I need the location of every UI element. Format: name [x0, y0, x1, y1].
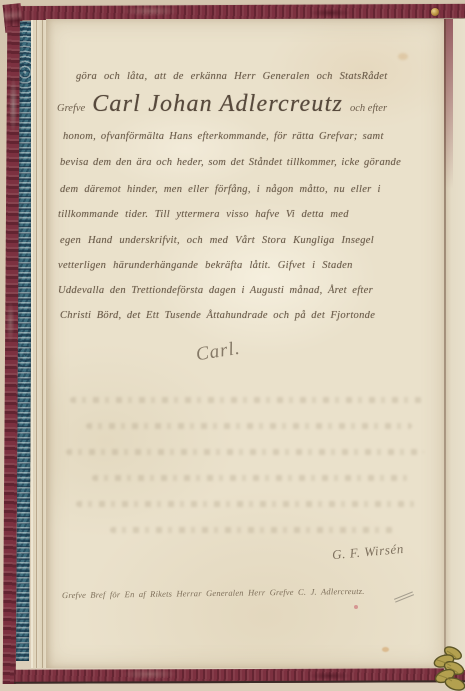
foxing-spot — [398, 53, 408, 60]
manuscript-line: honom, ofvanförmälta Hans efterkommande,… — [63, 131, 384, 142]
binding-top-edge — [16, 4, 465, 20]
countersignature: G. F. Wirsén — [331, 541, 404, 563]
show-through-text — [70, 397, 422, 403]
manuscript-line: vetterligen härunderhängande bekräfta lå… — [58, 260, 353, 271]
red-speck — [354, 605, 358, 609]
name-prefix: Grefve — [57, 103, 85, 114]
seal-cord — [427, 643, 465, 691]
show-through-text — [110, 527, 396, 533]
page-edge-crease — [444, 19, 446, 669]
manuscript-line: bevisa dem den ära och heder, som det St… — [60, 157, 401, 168]
show-through-text — [86, 423, 412, 429]
manuscript-line: Christi Börd, det Ett Tusende Åttahundra… — [60, 310, 375, 321]
name-line: Grefve Carl Johan Adlercreutz och efter — [57, 91, 387, 118]
show-through-text — [76, 501, 416, 507]
pencil-mark — [393, 590, 415, 605]
show-through-text — [92, 475, 408, 481]
manuscript-line: tillkommande tider. Till yttermera visso… — [58, 209, 349, 220]
archival-caption: Grefve Bref för En af Rikets Herrar Gene… — [62, 586, 365, 600]
grantee-name: Carl Johan Adlercreutz — [92, 91, 343, 118]
gilt-stud-icon — [431, 8, 439, 16]
book-scan: göra och låta, att de erkänna Herr Gener… — [0, 0, 465, 691]
foxing-spot — [382, 647, 389, 652]
manuscript-line: egen Hand underskrifvit, och med Vårt St… — [60, 235, 374, 246]
underlying-page-edges — [31, 20, 47, 668]
binding-bottom-edge — [14, 668, 465, 684]
manuscript-line: göra och låta, att de erkänna Herr Gener… — [76, 71, 388, 82]
manuscript-line: dem däremot hinder, men eller förfång, i… — [60, 184, 381, 195]
manuscript-page: göra och låta, att de erkänna Herr Gener… — [46, 19, 444, 668]
royal-signature: Carl. — [195, 338, 243, 367]
show-through-text — [66, 449, 424, 455]
name-suffix: och efter — [350, 103, 387, 114]
manuscript-line: Uddevalla den Trettiondeförsta dagen i A… — [58, 285, 373, 296]
page-edge-line — [42, 20, 43, 668]
fore-edge — [444, 19, 465, 670]
page-edge-line — [36, 20, 37, 668]
